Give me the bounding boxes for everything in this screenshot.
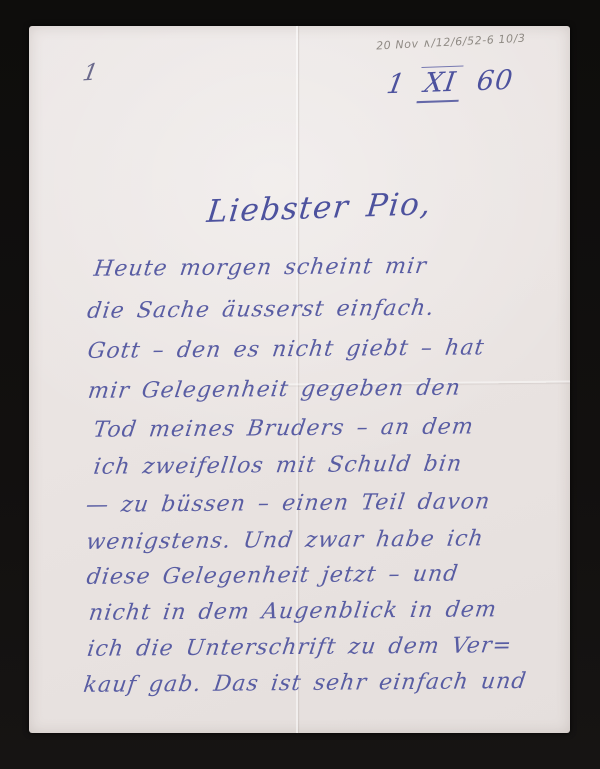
- letter-line: Gott – den es nicht giebt – hat: [86, 335, 486, 363]
- letter-line: ich die Unterschrift zu dem Ver=: [86, 633, 514, 662]
- letter-line: nicht in dem Augenblick in dem: [87, 597, 498, 626]
- scan-background: 20 Nov ∧/12/6/52-6 10/3 1 1XI60 Liebster…: [0, 0, 600, 769]
- letter-line: diese Gelegenheit jetzt – und: [85, 562, 460, 590]
- letter-line: Tod meines Bruders – an dem: [92, 414, 476, 442]
- letter-body: Heute morgen scheint mir die Sache äusse…: [26, 24, 573, 736]
- letter-paper: 20 Nov ∧/12/6/52-6 10/3 1 1XI60 Liebster…: [29, 26, 570, 733]
- letter-line: — zu büssen – einen Teil davon: [84, 489, 492, 518]
- letter-line: kauf gab. Das ist sehr einfach und: [82, 669, 528, 698]
- letter-line: wenigstens. Und zwar habe ich: [85, 526, 486, 554]
- letter-line: Heute morgen scheint mir: [92, 254, 428, 282]
- letter-line: ich zweifellos mit Schuld bin: [92, 452, 464, 480]
- letter-line: die Sache äusserst einfach.: [86, 296, 436, 324]
- letter-line: mir Gelegenheit gegeben den: [86, 376, 462, 404]
